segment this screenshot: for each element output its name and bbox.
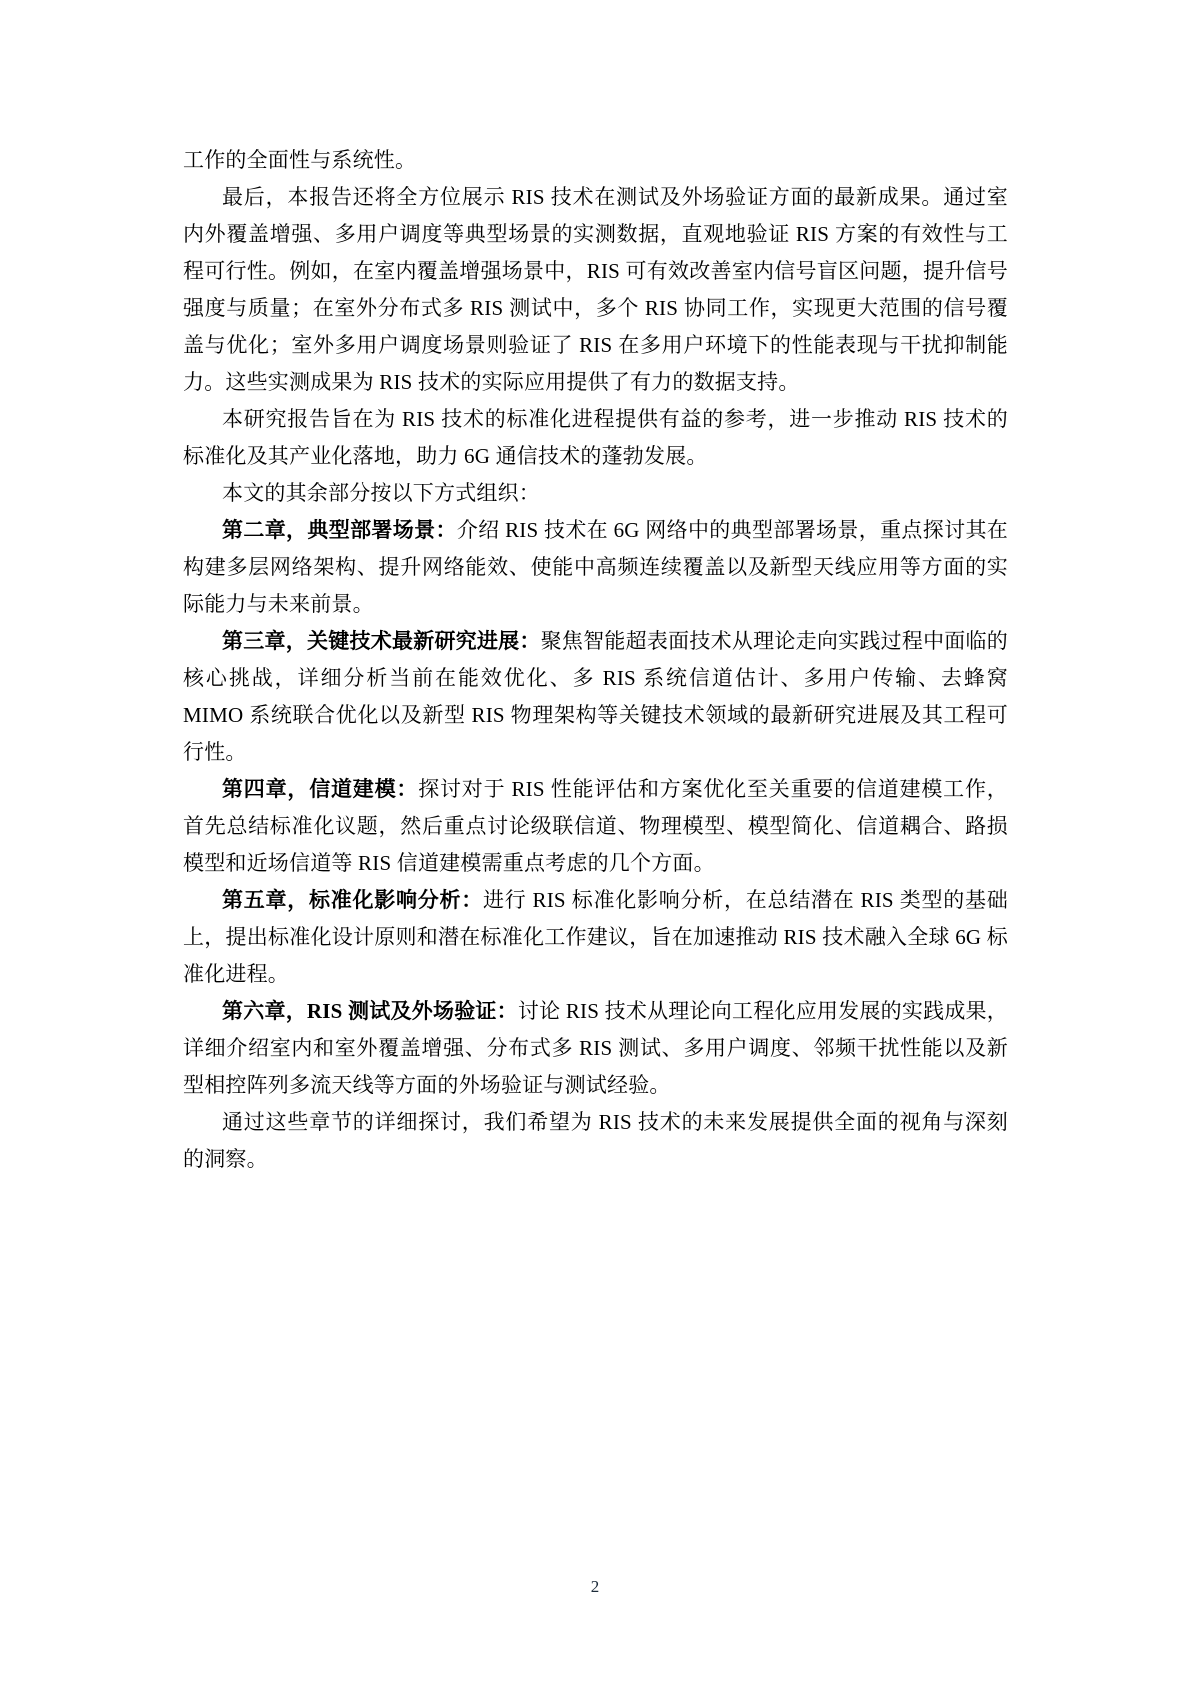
text-run: 本研究报告旨在为 RIS 技术的标准化进程提供有益的参考，进一步推动 RIS 技…	[183, 407, 1008, 468]
paragraph: 通过这些章节的详细探讨，我们希望为 RIS 技术的未来发展提供全面的视角与深刻的…	[183, 1104, 1008, 1178]
paragraph: 本研究报告旨在为 RIS 技术的标准化进程提供有益的参考，进一步推动 RIS 技…	[183, 401, 1008, 475]
paragraph: 第四章，信道建模：探讨对于 RIS 性能评估和方案优化至关重要的信道建模工作，首…	[183, 771, 1008, 882]
paragraph: 第三章，关键技术最新研究进展：聚焦智能超表面技术从理论走向实践过程中面临的核心挑…	[183, 623, 1008, 771]
chapter-heading: 第六章，RIS 测试及外场验证：	[222, 999, 518, 1023]
paragraph: 工作的全面性与系统性。	[183, 142, 1008, 179]
chapter-heading: 第二章，典型部署场景：	[222, 518, 457, 542]
document-body: 工作的全面性与系统性。最后，本报告还将全方位展示 RIS 技术在测试及外场验证方…	[183, 142, 1008, 1178]
text-run: 最后，本报告还将全方位展示 RIS 技术在测试及外场验证方面的最新成果。通过室内…	[183, 185, 1008, 394]
chapter-heading: 第五章，标准化影响分析：	[222, 888, 483, 912]
paragraph: 第二章，典型部署场景：介绍 RIS 技术在 6G 网络中的典型部署场景，重点探讨…	[183, 512, 1008, 623]
paragraph: 第五章，标准化影响分析：进行 RIS 标准化影响分析，在总结潜在 RIS 类型的…	[183, 882, 1008, 993]
paragraph: 第六章，RIS 测试及外场验证：讨论 RIS 技术从理论向工程化应用发展的实践成…	[183, 993, 1008, 1104]
text-run: 工作的全面性与系统性。	[183, 148, 416, 172]
document-page: 工作的全面性与系统性。最后，本报告还将全方位展示 RIS 技术在测试及外场验证方…	[0, 0, 1190, 1683]
chapter-heading: 第三章，关键技术最新研究进展：	[222, 629, 541, 653]
paragraph: 最后，本报告还将全方位展示 RIS 技术在测试及外场验证方面的最新成果。通过室内…	[183, 179, 1008, 401]
chapter-heading: 第四章，信道建模：	[222, 777, 418, 801]
page-number: 2	[0, 1576, 1190, 1598]
text-run: 本文的其余部分按以下方式组织：	[222, 481, 540, 505]
text-run: 通过这些章节的详细探讨，我们希望为 RIS 技术的未来发展提供全面的视角与深刻的…	[183, 1110, 1008, 1171]
paragraph: 本文的其余部分按以下方式组织：	[183, 475, 1008, 512]
